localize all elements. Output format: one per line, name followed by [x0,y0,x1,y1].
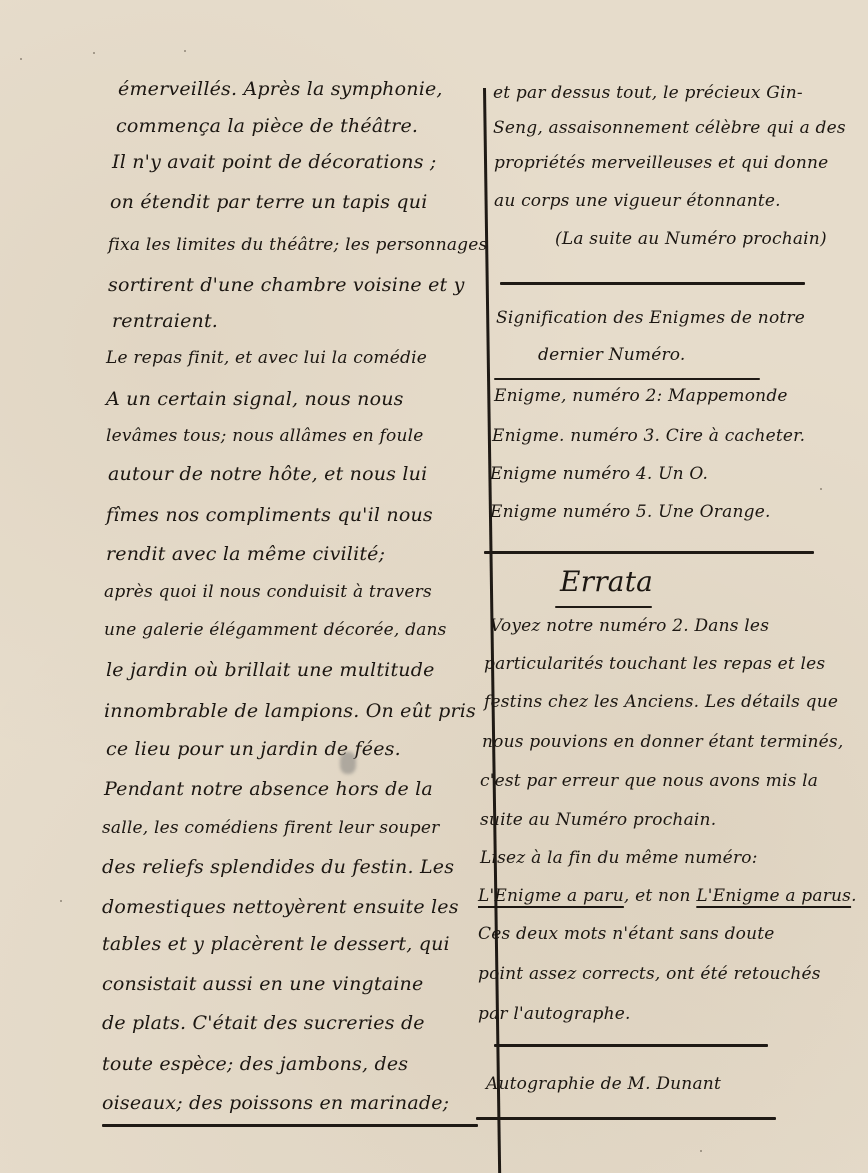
text-line: oiseaux; des poissons en marinade; [102,1094,449,1113]
wrong-form: L'Enigme a parus [696,886,851,906]
text-line: Il n'y avait point de décorations ; [112,153,437,172]
paper-speck [700,1150,702,1152]
to-be-continued: (La suite au Numéro prochain) [555,231,827,248]
text-line: après quoi il nous conduisit à travers [104,584,432,601]
text-line: festins chez les Anciens. Les détails qu… [484,694,838,711]
text-line: une galerie élégamment décorée, dans [104,622,447,639]
ink-stain [340,752,356,774]
paper-speck [20,58,22,60]
text-line: sortirent d'une chambre voisine et y [108,276,465,295]
paper-speck [184,50,186,52]
text-line: Voyez notre numéro 2. Dans les [490,618,769,635]
enigmas-heading: Signification des Enigmes de notre [496,310,805,327]
text-line: c'est par erreur que nous avons mis la [480,773,818,790]
text-line: Ces deux mots n'étant sans doute [478,926,775,943]
text-line: fîmes nos compliments qu'il nous [106,506,433,525]
text-line: salle, les comédiens firent leur souper [102,820,439,837]
manuscript-page: émerveillés. Après la symphonie, commenç… [0,0,868,1173]
text-line: point assez corrects, ont été retouchés [478,966,821,983]
correction-end: . [851,886,857,906]
paper-speck [820,488,822,490]
text-line: par l'autographe. [478,1006,631,1023]
text-line: particularités touchant les repas et les [484,656,825,673]
text-line: levâmes tous; nous allâmes en foule [106,428,424,445]
text-line: A un certain signal, nous nous [106,390,404,409]
text-line: Seng, assaisonnement célèbre qui a des [493,120,846,137]
text-line: tables et y placèrent le dessert, qui [102,935,450,954]
text-line: domestiques nettoyèrent ensuite les [102,898,459,917]
text-line: émerveillés. Après la symphonie, [118,80,443,99]
paper-speck [830,128,832,130]
text-line: suite au Numéro prochain. [480,812,716,829]
heading-rule [494,378,760,380]
title-underline [555,606,652,608]
text-line: au corps une vigueur étonnante. [494,193,781,210]
text-line: nous pouvions en donner étant terminés, [482,734,843,751]
enigma-item: Enigme. numéro 3. Cire à cacheter. [492,428,805,445]
text-line: consistait aussi en une vingtaine [102,975,423,994]
text-line: des reliefs splendides du festin. Les [102,858,454,877]
text-line: de plats. C'était des sucreries de [102,1014,425,1033]
text-line: Le repas finit, et avec lui la comédie [106,350,427,367]
enigmas-heading: dernier Numéro. [538,347,686,364]
signature: Autographie de M. Dunant [486,1076,721,1093]
text-line: fixa les limites du théâtre; les personn… [108,237,487,254]
text-line: ce lieu pour un jardin de fées. [106,740,401,759]
section-rule [500,282,805,285]
errata-title: Errata [560,568,653,596]
enigma-item: Enigme numéro 5. Une Orange. [490,504,771,521]
enigma-item: Enigme, numéro 2: Mappemonde [494,388,788,405]
text-line: on étendit par terre un tapis qui [110,193,428,212]
paper-speck [93,52,95,54]
section-rule [494,1044,768,1047]
text-line: rendit avec la même civilité; [106,545,385,564]
signature-rule [476,1117,776,1120]
correct-form: L'Enigme a paru [478,886,624,906]
text-line: autour de notre hôte, et nous lui [108,465,427,484]
section-rule [484,551,814,554]
text-line: Pendant notre absence hors de la [104,780,433,799]
correction-middle: , et non [624,886,696,906]
text-line: toute espèce; des jambons, des [102,1055,408,1074]
bottom-rule [102,1124,478,1127]
text-line: innombrable de lampions. On eût pris [104,702,476,721]
text-line: propriétés merveilleuses et qui donne [494,155,828,172]
enigma-item: Enigme numéro 4. Un O. [490,466,708,483]
errata-correction: L'Enigme a paru, et non L'Enigme a parus… [478,888,857,905]
correction-prefix: Lisez à la fin du même numéro: [480,848,758,868]
text-line: rentraient. [112,312,218,331]
errata-correction: Lisez à la fin du même numéro: [480,850,758,867]
text-line: commença la pièce de théâtre. [116,117,418,136]
text-line: le jardin où brillait une multitude [106,661,435,680]
text-line: et par dessus tout, le précieux Gin- [493,85,803,102]
paper-speck [60,900,62,902]
